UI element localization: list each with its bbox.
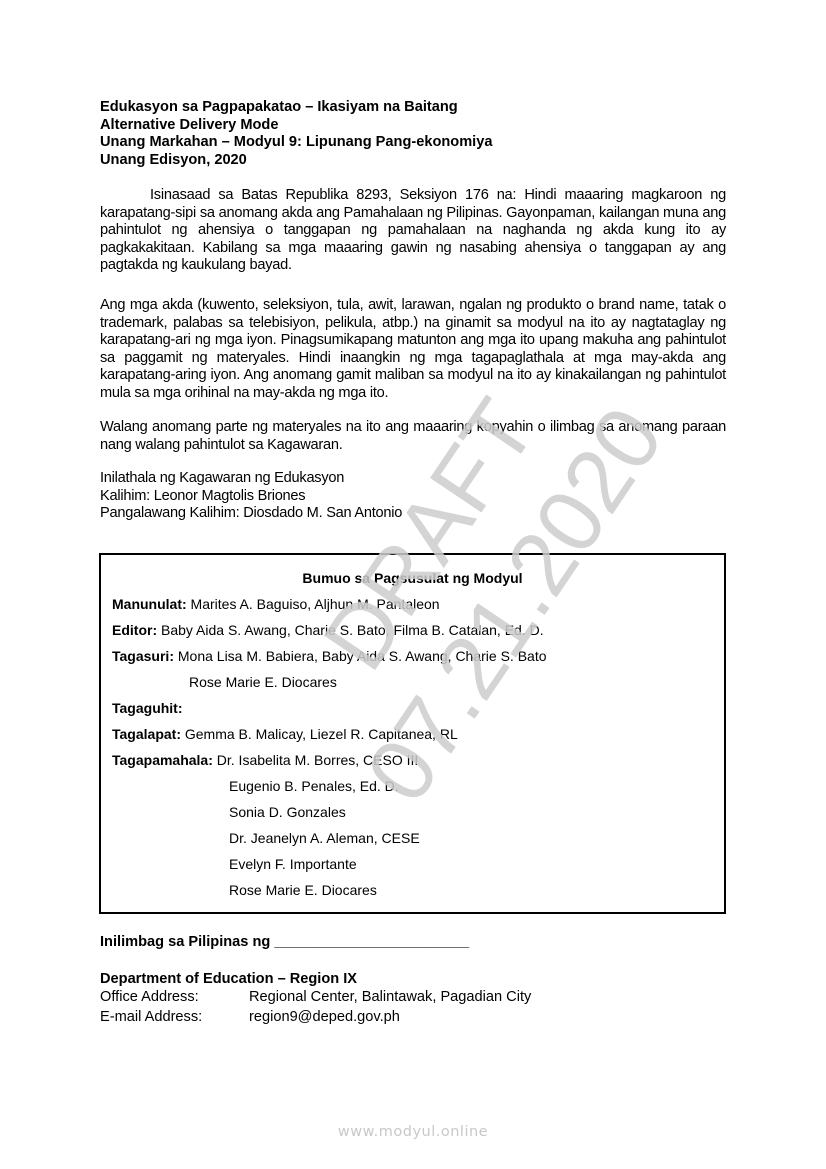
secretary-line: Kalihim: Leonor Magtolis Briones xyxy=(100,488,726,506)
role-label: Tagalapat: xyxy=(112,726,181,742)
credit-tagapamahala-cont: Eugenio B. Penales, Ed. D. xyxy=(229,778,399,794)
credit-tagaguhit: Tagaguhit: xyxy=(112,700,183,716)
publisher-line: Inilathala ng Kagawaran ng Edukasyon xyxy=(100,470,726,488)
works-paragraph: Ang mga akda (kuwento, seleksiyon, tula,… xyxy=(100,297,726,402)
credit-tagasuri: Tagasuri: Mona Lisa M. Babiera, Baby Aid… xyxy=(112,648,547,664)
credit-tagapamahala-cont: Sonia D. Gonzales xyxy=(229,804,346,820)
role-names: Marites A. Baguiso, Aljhun M. Pantaleon xyxy=(191,596,440,612)
email-address-label: E-mail Address: xyxy=(100,1008,202,1026)
document-page: Edukasyon sa Pagpapakatao – Ikasiyam na … xyxy=(0,0,826,1169)
credit-editor: Editor: Baby Aida S. Awang, Charie S. Ba… xyxy=(112,622,544,638)
role-names: Gemma B. Malicay, Liezel R. Capitanea, R… xyxy=(185,726,458,742)
credits-title: Bumuo sa Pagsusulat ng Modyul xyxy=(101,570,724,586)
reproduction-paragraph: Walang anomang parte ng materyales na it… xyxy=(100,419,726,454)
credit-manunulat: Manunulat: Marites A. Baguiso, Aljhun M.… xyxy=(112,596,440,612)
printed-in-line: Inilimbag sa Pilipinas ng ______________… xyxy=(100,934,469,950)
header-line-edition: Unang Edisyon, 2020 xyxy=(100,152,730,170)
role-label: Editor: xyxy=(112,622,157,638)
undersecretary-line: Pangalawang Kalihim: Diosdado M. San Ant… xyxy=(100,505,726,523)
role-label: Manunulat: xyxy=(112,596,187,612)
credit-tagapamahala-cont: Rose Marie E. Diocares xyxy=(229,882,377,898)
credits-box: Bumuo sa Pagsusulat ng Modyul Manunulat:… xyxy=(99,553,726,914)
credit-tagapamahala-cont: Evelyn F. Importante xyxy=(229,856,357,872)
credit-tagasuri-cont: Rose Marie E. Diocares xyxy=(189,674,337,690)
publisher-info: Inilathala ng Kagawaran ng Edukasyon Kal… xyxy=(100,470,726,523)
footer-url: www.modyul.online xyxy=(0,1124,826,1140)
header-line-subject: Edukasyon sa Pagpapakatao – Ikasiyam na … xyxy=(100,99,730,117)
office-address-label: Office Address: xyxy=(100,988,199,1006)
copyright-paragraph: Isinasaad sa Batas Republika 8293, Seksi… xyxy=(100,187,726,275)
role-names: Dr. Isabelita M. Borres, CESO III xyxy=(217,752,419,768)
credit-tagapamahala-cont: Dr. Jeanelyn A. Aleman, CESE xyxy=(229,830,420,846)
header-line-module: Unang Markahan – Modyul 9: Lipunang Pang… xyxy=(100,134,730,152)
credit-tagapamahala: Tagapamahala: Dr. Isabelita M. Borres, C… xyxy=(112,752,418,768)
role-names: Baby Aida S. Awang, Charie S. Bato, Film… xyxy=(161,622,544,638)
deped-contact: Department of Education – Region IX Offi… xyxy=(100,970,357,1028)
email-address-row: E-mail Address: region9@deped.gov.ph xyxy=(100,1008,357,1028)
office-address-value: Regional Center, Balintawak, Pagadian Ci… xyxy=(249,988,531,1006)
role-label: Tagapamahala: xyxy=(112,752,213,768)
credit-tagalapat: Tagalapat: Gemma B. Malicay, Liezel R. C… xyxy=(112,726,458,742)
email-address-value: region9@deped.gov.ph xyxy=(249,1008,400,1026)
deped-title: Department of Education – Region IX xyxy=(100,970,357,988)
header-line-mode: Alternative Delivery Mode xyxy=(100,117,730,135)
role-names: Mona Lisa M. Babiera, Baby Aida S. Awang… xyxy=(178,648,547,664)
role-label: Tagaguhit: xyxy=(112,700,183,716)
role-label: Tagasuri: xyxy=(112,648,174,664)
document-header: Edukasyon sa Pagpapakatao – Ikasiyam na … xyxy=(100,99,730,169)
office-address-row: Office Address: Regional Center, Balinta… xyxy=(100,988,357,1008)
